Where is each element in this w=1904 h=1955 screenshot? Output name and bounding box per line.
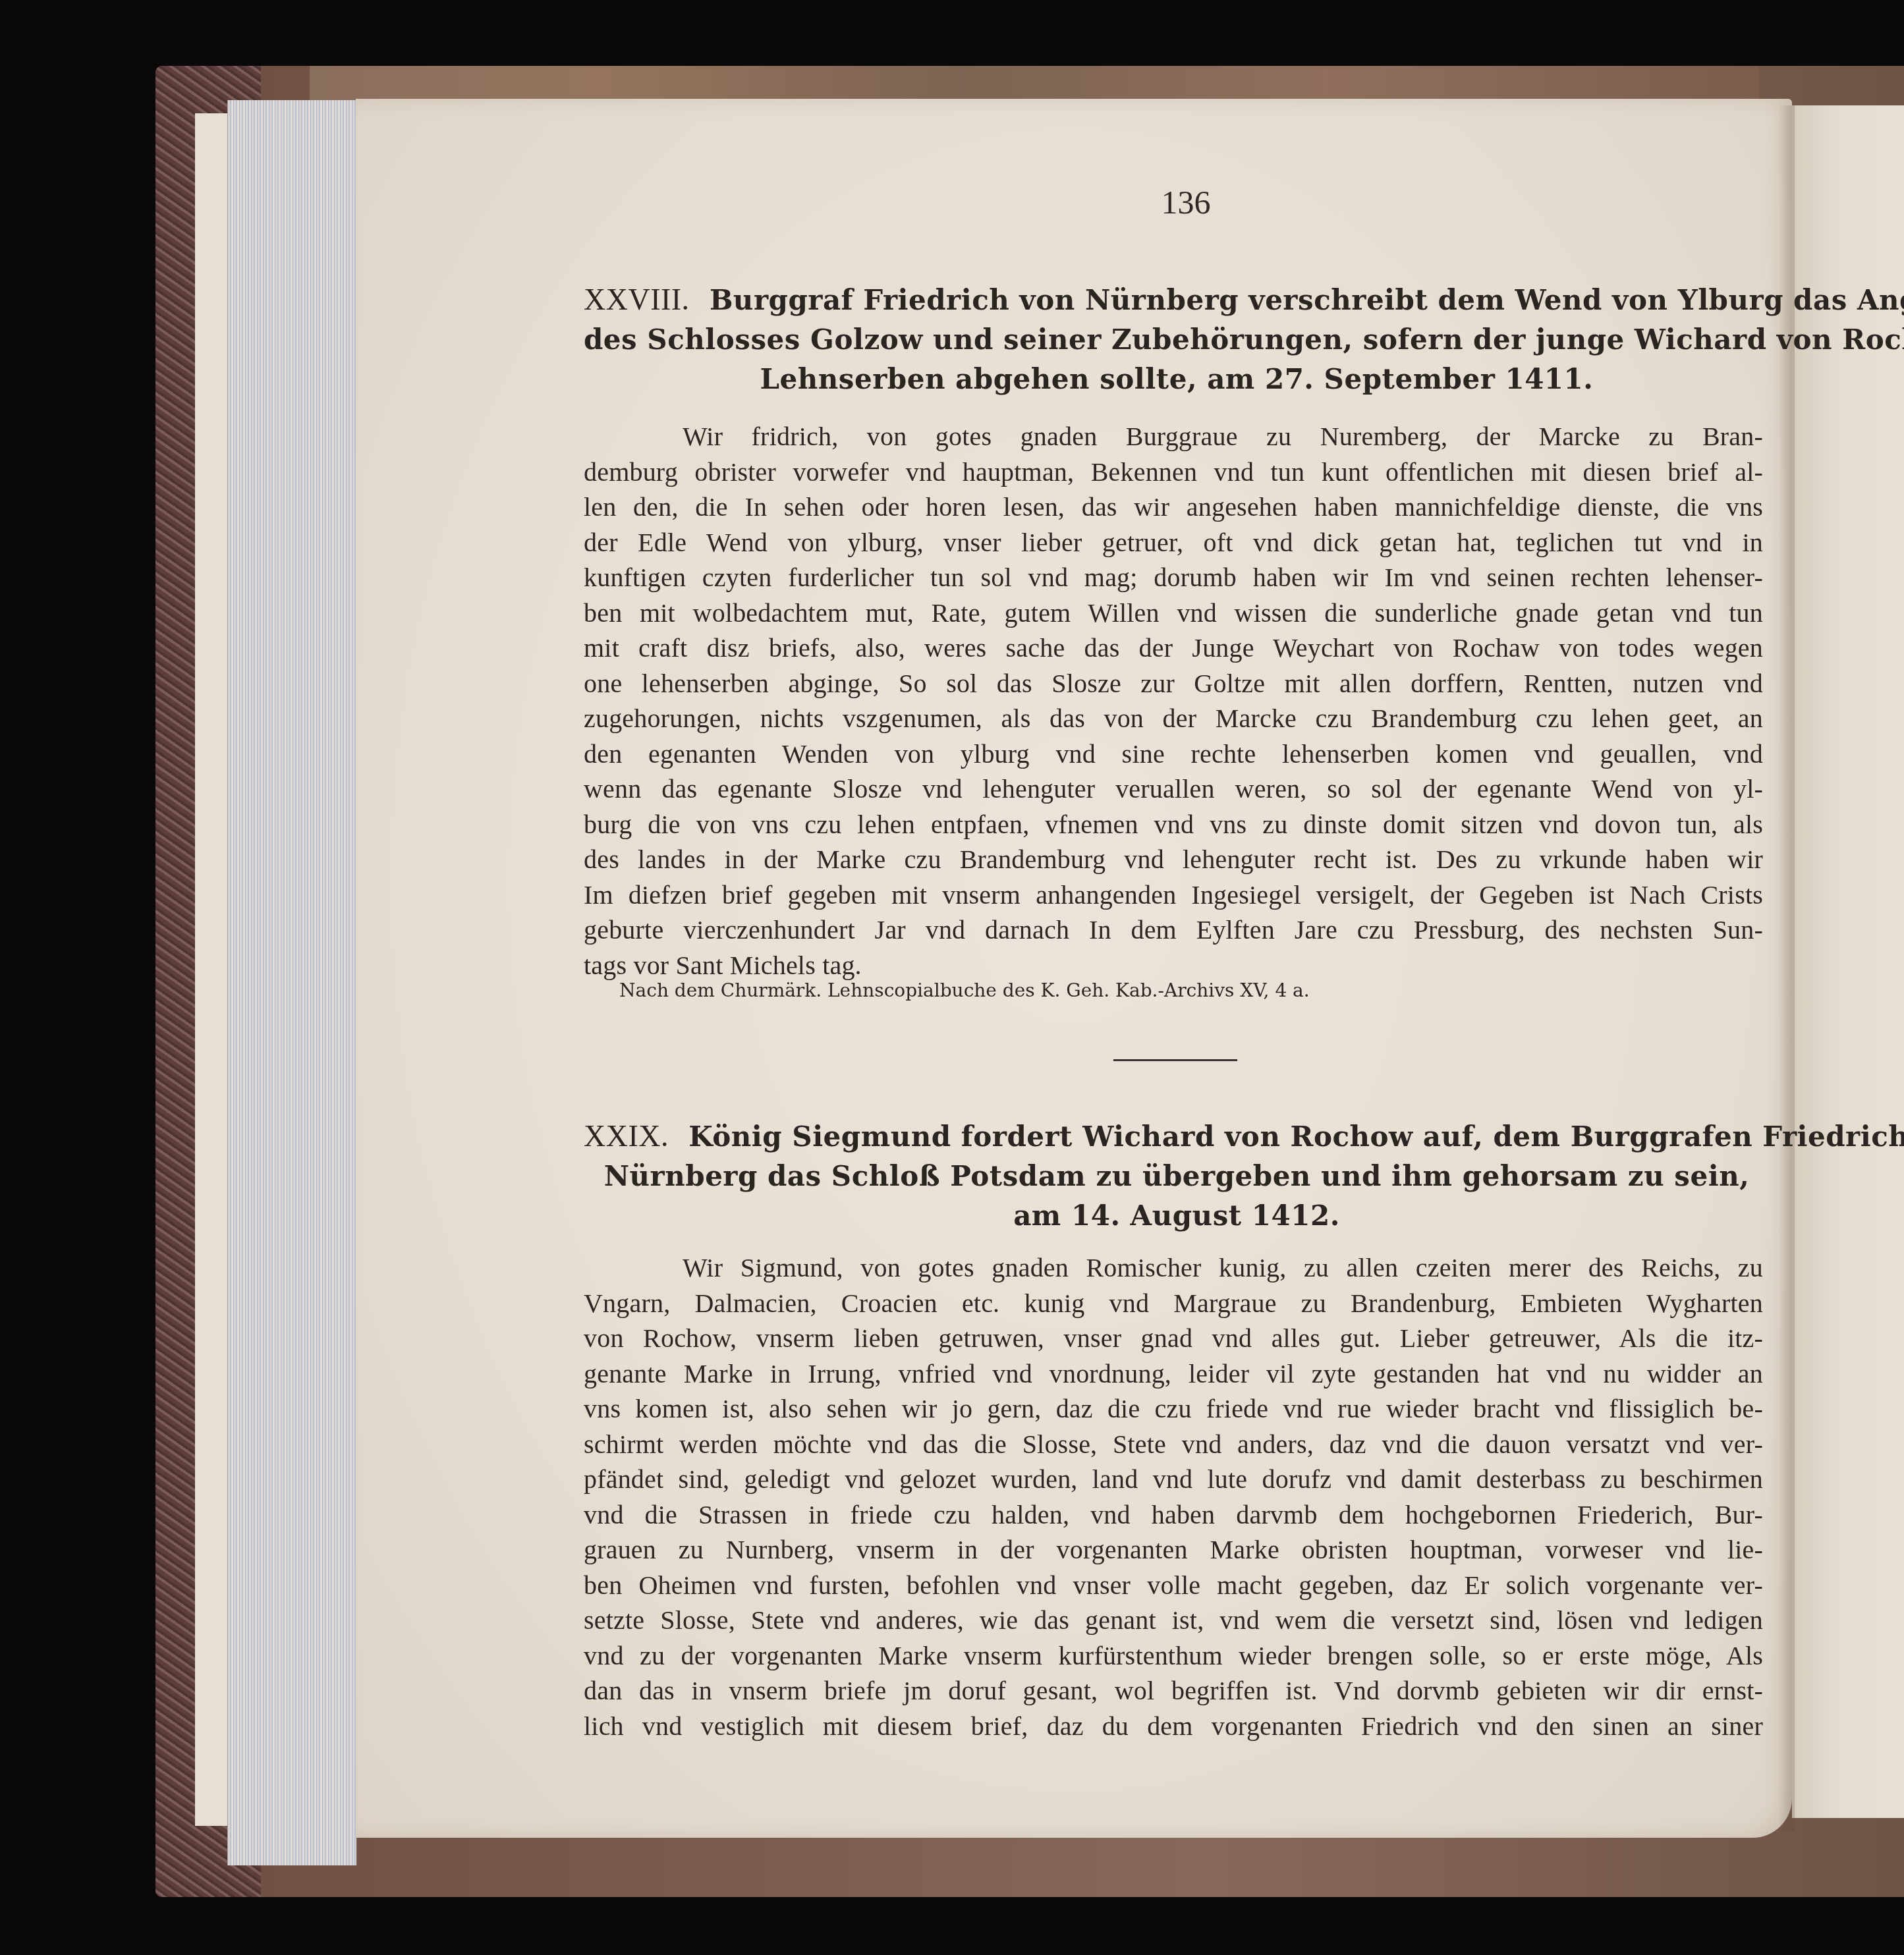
source-citation: Nach dem Churmärk. Lehnscopialbuche des … [619,979,1310,1001]
text-line: len den, die In sehen oder horen lesen, … [584,489,1763,525]
page-stack-edges [227,100,356,1865]
section-separator [1113,1059,1237,1061]
text-line: vns komen ist, also sehen wir jo gern, d… [584,1391,1763,1427]
text-line: zugehorungen, nichts vszgenumen, als das… [584,701,1763,736]
text-line: tags vor Sant Michels tag. [584,948,1763,983]
section-body-xxviii: Wir fridrich, von gotes gnaden Burggraue… [584,419,1763,983]
text-line: Wir Sigmund, von gotes gnaden Romischer … [584,1250,1763,1286]
text-line: schirmt werden möchte vnd das die Slosse… [584,1427,1763,1462]
text-line: vnd zu der vorgenanten Marke vnserm kurf… [584,1638,1763,1674]
heading-line: XXVIII. Burggraf Friedrich von Nürnberg … [584,280,1770,320]
section-heading-xxviii: XXVIII. Burggraf Friedrich von Nürnberg … [584,280,1770,399]
text-line: der Edle Wend von ylburg, vnser lieber g… [584,525,1763,561]
text-line: dan das in vnserm briefe jm doruf gesant… [584,1673,1763,1709]
text-line: wenn das egenante Slosze vnd lehenguter … [584,771,1763,807]
text-line: ben Oheimen vnd fursten, befohlen vnd vn… [584,1568,1763,1603]
text-line: des landes in der Marke czu Brandemburg … [584,842,1763,877]
heading-line: am 14. August 1412. [584,1196,1770,1236]
text-line: Wir fridrich, von gotes gnaden Burggraue… [584,419,1763,454]
heading-line: Lehnserben abgehen sollte, am 27. Septem… [584,360,1770,399]
text-line: setzte Slosse, Stete vnd anderes, wie da… [584,1603,1763,1638]
text-line: den egenanten Wenden von ylburg vnd sine… [584,736,1763,772]
text-line: mit craft disz briefs, also, weres sache… [584,630,1763,666]
heading-line: des Schlosses Golzow und seiner Zubehöru… [584,320,1770,360]
text-line: one lehenserben abginge, So sol das Slos… [584,666,1763,702]
section-numeral: XXIX. [584,1119,669,1153]
text-line: vnd die Strassen in friede czu halden, v… [584,1497,1763,1533]
text-line: Vngarn, Dalmacien, Croacien etc. kunig v… [584,1286,1763,1321]
text-line: geburte vierczenhundert Jar vnd darnach … [584,912,1763,948]
text-line: ben mit wolbedachtem mut, Rate, gutem Wi… [584,595,1763,631]
gutter-shadow [1779,105,1795,1831]
section-body-xxix: Wir Sigmund, von gotes gnaden Romischer … [584,1250,1763,1744]
text-line: von Rochow, vnserm lieben getruwen, vnse… [584,1321,1763,1356]
section-heading-xxix: XXIX. König Siegmund fordert Wichard von… [584,1116,1770,1236]
section-numeral: XXVIII. [584,283,690,316]
page-number: 136 [1120,183,1252,221]
text-line: lich vnd vestiglich mit diesem brief, da… [584,1709,1763,1744]
heading-line: Nürnberg das Schloß Potsdam zu übergeben… [584,1157,1770,1196]
text-line: demburg obrister vorwefer vnd hauptman, … [584,454,1763,490]
heading-line: XXIX. König Siegmund fordert Wichard von… [584,1116,1770,1157]
text-line: grauen zu Nurnberg, vnserm in der vorgen… [584,1532,1763,1568]
text-line: Im diefzen brief gegeben mit vnserm anha… [584,877,1763,913]
facing-page-edge [1792,105,1904,1818]
text-line: genante Marke in Irrung, vnfried vnd vno… [584,1356,1763,1392]
text-line: pfändet sind, geledigt vnd gelozet wurde… [584,1462,1763,1497]
text-line: kunftigen czyten furderlicher tun sol vn… [584,560,1763,595]
text-line: burg die von vns czu lehen entpfaen, vfn… [584,807,1763,842]
